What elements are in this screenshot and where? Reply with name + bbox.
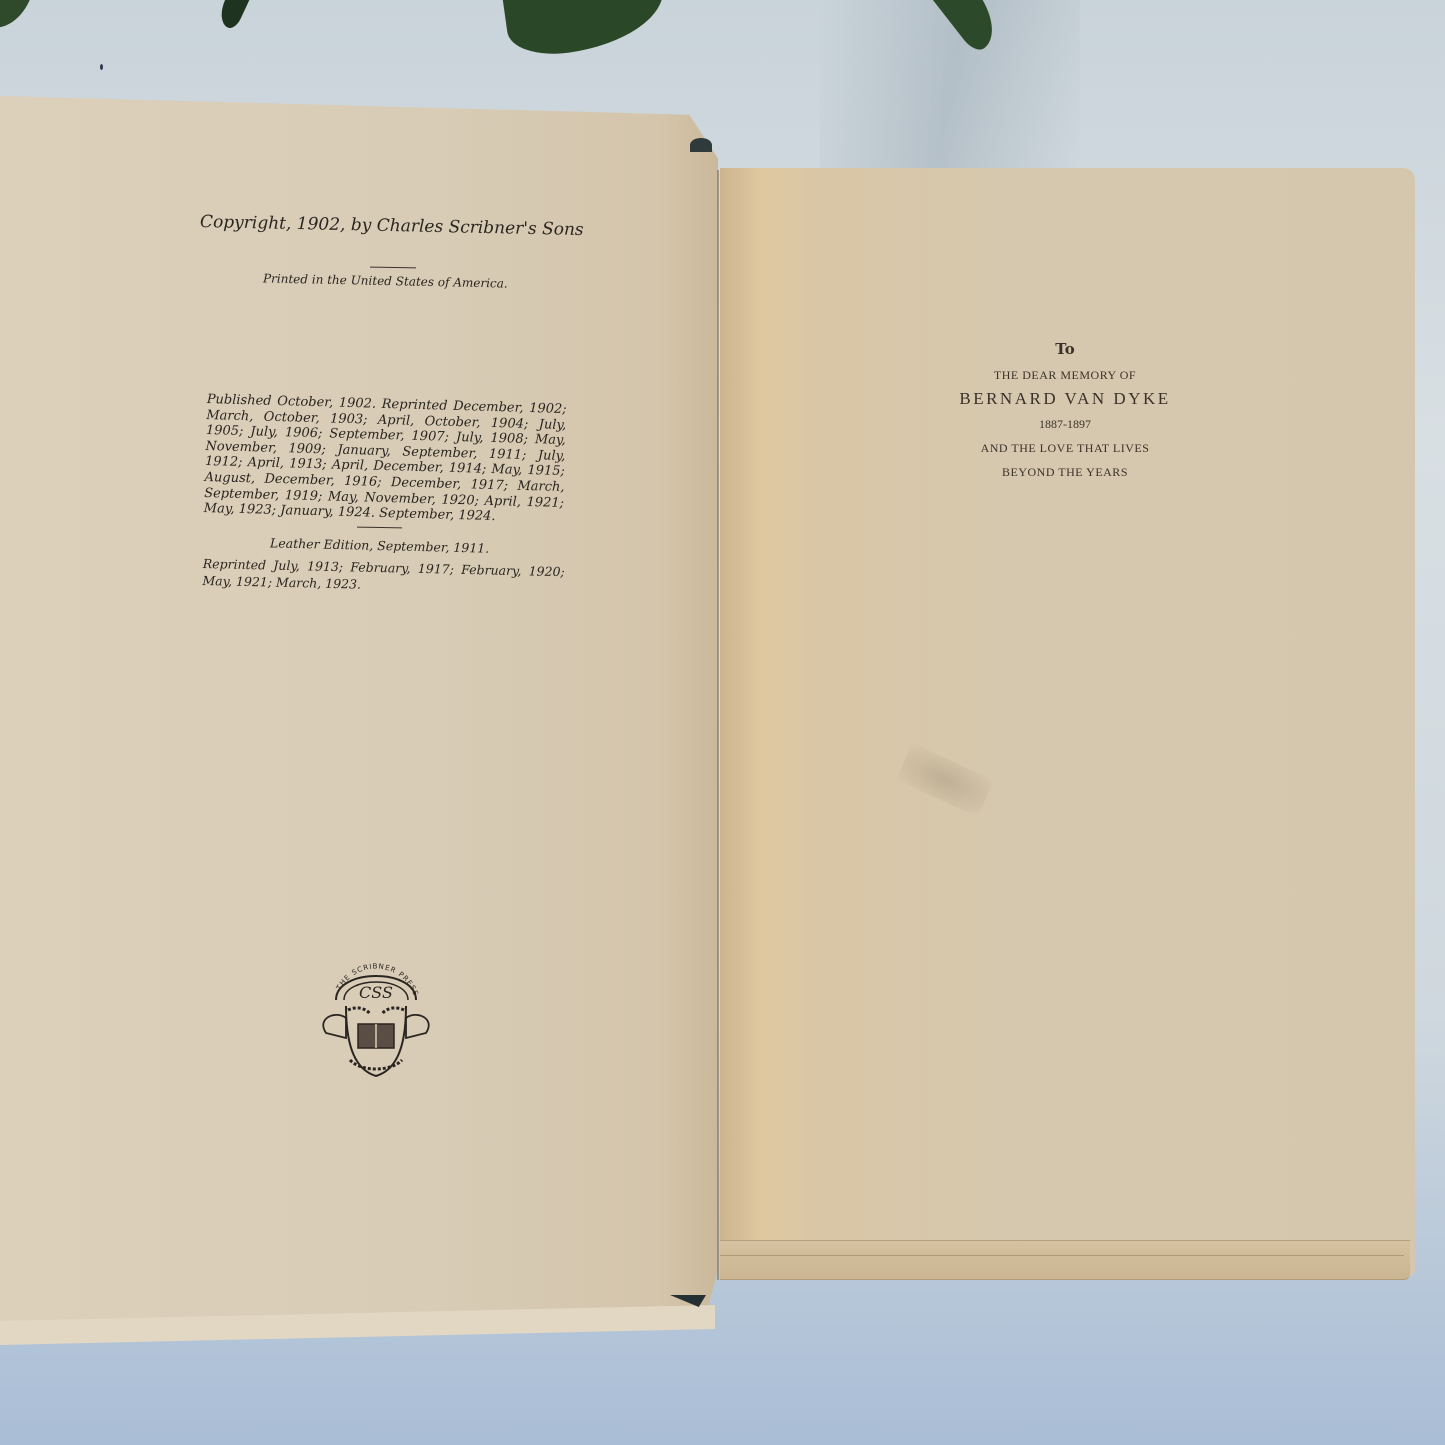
photo-scene: Copyright, 1902, by Charles Scribner's S… (0, 0, 1445, 1445)
right-page (720, 168, 1415, 1276)
wall-speck (100, 64, 103, 70)
book-gutter (717, 170, 719, 1280)
dedication-block: To THE DEAR MEMORY OF BERNARD VAN DYKE 1… (900, 340, 1230, 480)
dedication-line: THE DEAR MEMORY OF (900, 368, 1230, 383)
dedication-line: AND THE LOVE THAT LIVES (900, 441, 1230, 456)
dedication-to: To (900, 340, 1230, 358)
scribner-press-seal-icon: THE SCRIBNER PRESS CSS (316, 948, 436, 1080)
publication-history: Published October, 1902. Reprinted Decem… (204, 392, 567, 527)
wall-shadow (820, 0, 1080, 180)
plant-leaf (215, 0, 251, 31)
book-cover-corner (690, 138, 712, 152)
dedication-years: 1887-1897 (900, 417, 1230, 432)
dedication-name: BERNARD VAN DYKE (900, 389, 1230, 409)
svg-text:CSS: CSS (359, 983, 393, 1002)
plant-leaf (0, 0, 40, 36)
dedication-line: BEYOND THE YEARS (900, 465, 1230, 480)
page-block-edge (720, 1240, 1410, 1280)
plant-leaf (500, 0, 670, 61)
